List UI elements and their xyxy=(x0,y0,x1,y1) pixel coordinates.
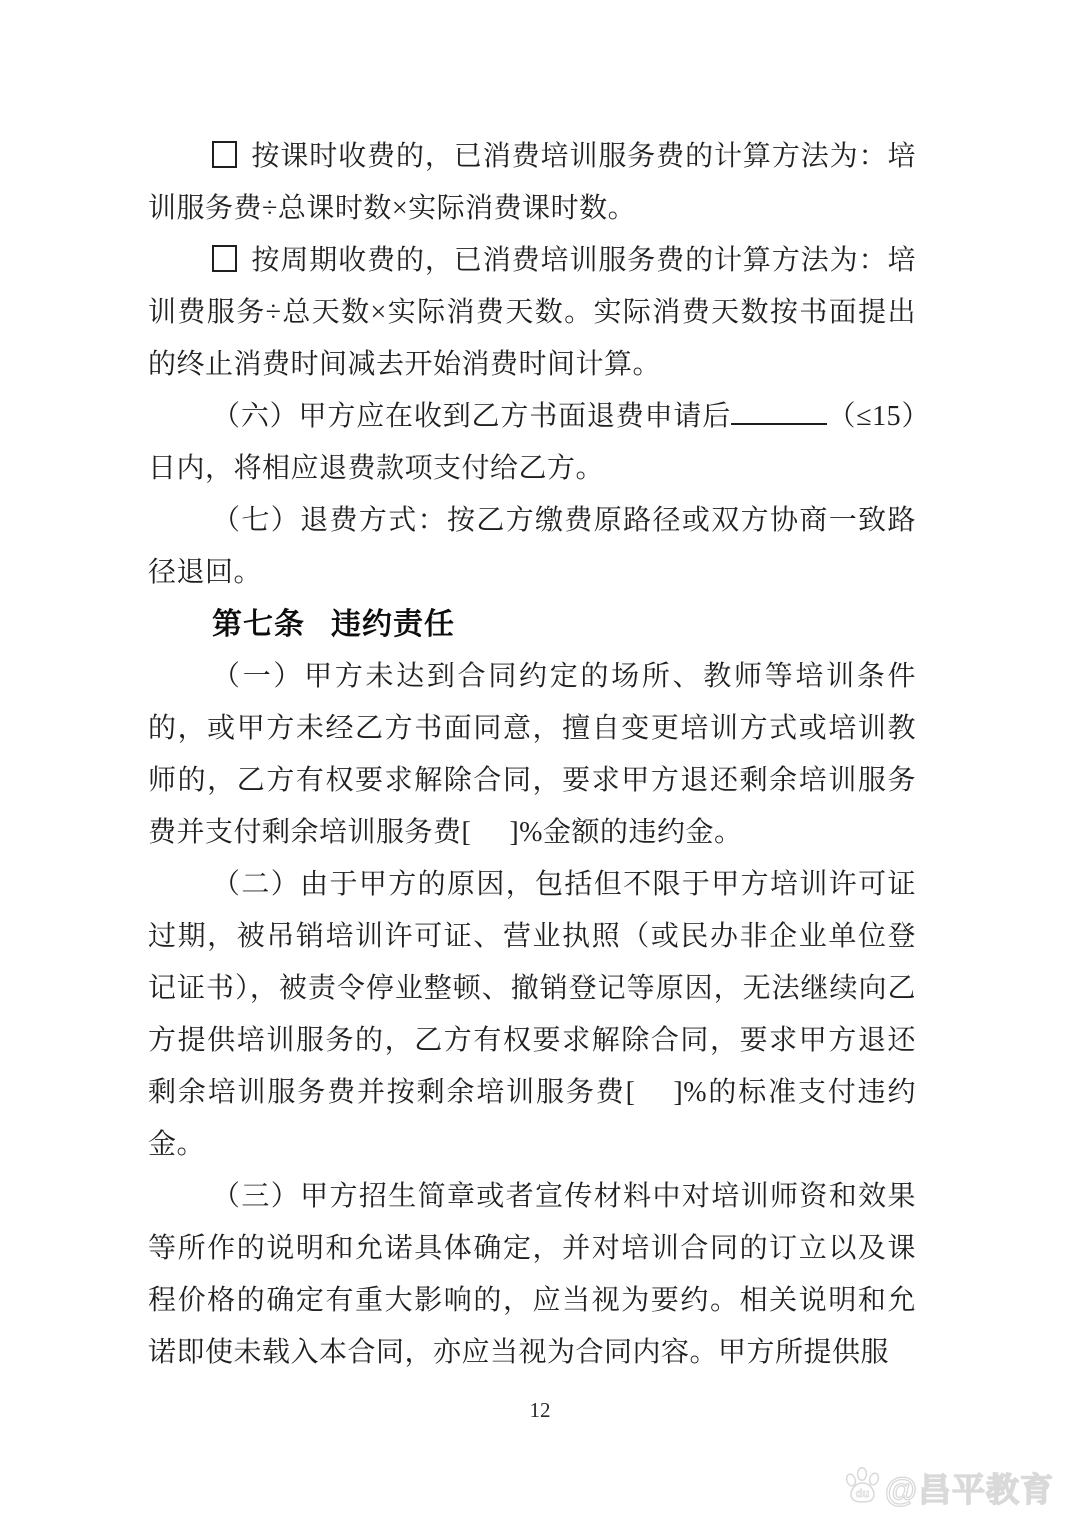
document-body: 按课时收费的，已消费培训服务费的计算方法为：培训服务费÷总课时数×实际消费课时数… xyxy=(148,131,916,1379)
clause-fee-by-lesson: 按课时收费的，已消费培训服务费的计算方法为：培训服务费÷总课时数×实际消费课时数… xyxy=(148,131,916,235)
checkbox-icon[interactable] xyxy=(212,141,237,168)
clause-fee-by-period: 按周期收费的，已消费培训服务费的计算方法为：培训费服务÷总天数×实际消费天数。实… xyxy=(148,235,916,391)
watermark: du @昌平教育 xyxy=(843,1464,1054,1511)
page-number: 12 xyxy=(0,1398,1080,1423)
bracket-blank-gap xyxy=(471,840,509,841)
fill-in-blank[interactable] xyxy=(731,393,827,425)
bracket-blank-gap xyxy=(305,633,331,634)
clause-6-refund-deadline: （六）甲方应在收到乙方书面退费申请后（≤15）日内，将相应退费款项支付给乙方。 xyxy=(148,391,916,495)
article-7-heading: 第七条违约责任 xyxy=(148,599,916,651)
breach-liability-item-1: （一）甲方未达到合同约定的场所、教师等培训条件的，或甲方未经乙方书面同意，擅自变… xyxy=(148,651,916,859)
breach-liability-item-3: （三）甲方招生简章或者宣传材料中对培训师资和效果等所作的说明和允诺具体确定，并对… xyxy=(148,1171,916,1379)
clause-7-refund-method: （七）退费方式：按乙方缴费原路径或双方协商一致路径退回。 xyxy=(148,495,916,599)
watermark-text: @昌平教育 xyxy=(885,1464,1054,1511)
checkbox-icon[interactable] xyxy=(212,245,237,272)
baidu-paw-icon: du xyxy=(843,1466,883,1509)
contract-page: 按课时收费的，已消费培训服务费的计算方法为：培训服务费÷总课时数×实际消费课时数… xyxy=(0,0,1080,1527)
svg-text:du: du xyxy=(856,1488,869,1500)
breach-liability-item-2: （二）由于甲方的原因，包括但不限于甲方培训许可证过期，被吊销培训许可证、营业执照… xyxy=(148,859,916,1171)
bracket-blank-gap xyxy=(635,1100,673,1101)
